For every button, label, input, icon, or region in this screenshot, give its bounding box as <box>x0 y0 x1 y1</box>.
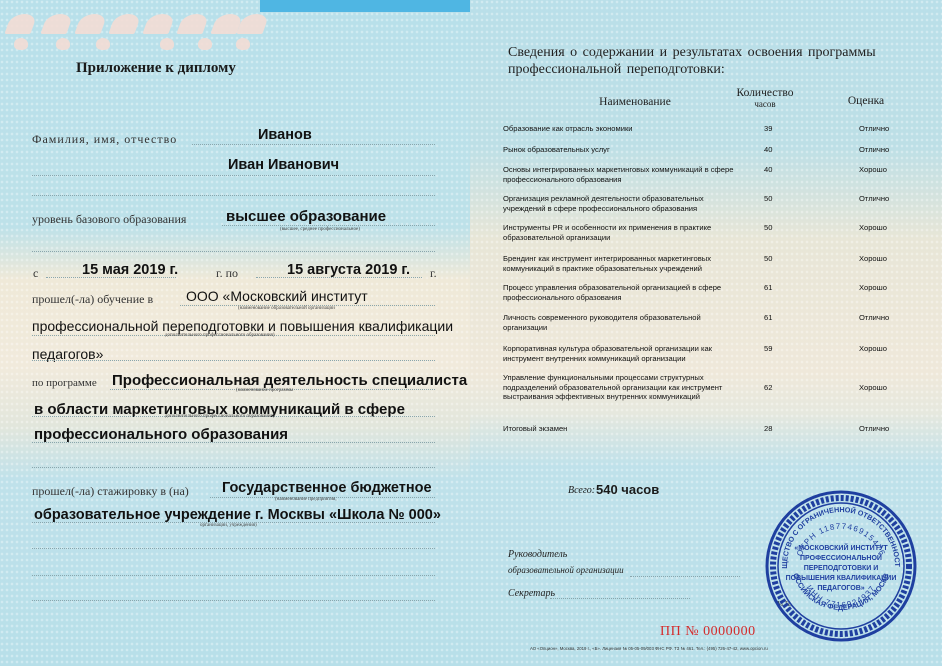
column-header-name: Наименование <box>570 96 700 108</box>
first-middle-name-value: Иван Иванович <box>228 157 339 173</box>
program-hint-2: дополнительного профессионального образо… <box>165 414 275 419</box>
education-level-value: высшее образование <box>226 208 386 225</box>
internship-hint-2: организации, учреждения) <box>200 523 257 528</box>
internship-line-2: образовательное учреждение г. Москвы «Шк… <box>34 507 441 523</box>
subject-name: Корпоративная культура образовательной о… <box>503 344 743 363</box>
subject-name: Брендинг как инструмент интегрированных … <box>503 254 743 273</box>
svg-text:ОГРН 1187746915476: ОГРН 1187746915476 <box>795 522 887 558</box>
subject-name: Организация рекламной деятельности образ… <box>503 194 743 213</box>
serial-number: ПП № 0000000 <box>660 624 756 640</box>
internship-line-1: Государственное бюджетное <box>222 480 432 496</box>
subject-name: Итоговый экзамен <box>503 424 743 434</box>
institution-line-2: профессиональной переподготовки и повыше… <box>32 318 453 334</box>
seal-center-line: ПОВЫШЕНИЯ КВАЛИФИКАЦИИ <box>786 575 897 582</box>
subject-grade: Хорошо <box>859 283 919 293</box>
subject-hours: 50 <box>764 194 784 204</box>
program-hint-1: (наименование программы <box>236 388 293 393</box>
period-from-label: с <box>33 266 38 281</box>
seal-center-line: ПРОФЕССИОНАЛЬНОЙ <box>800 553 882 562</box>
subject-hours: 40 <box>764 145 784 155</box>
subject-grade: Отлично <box>859 424 919 434</box>
subject-name: Образование как отрасль экономики <box>503 124 743 134</box>
column-header-grade: Оценка <box>836 95 896 107</box>
diploma-supplement-right-page: Сведения о содержании и результатах осво… <box>470 0 942 666</box>
total-hours-value: 540 часов <box>596 482 659 497</box>
internship-label: прошел(-ла) стажировку в (на) <box>32 484 189 499</box>
director-label-line2: образовательной организации <box>508 565 624 575</box>
subject-hours: 50 <box>764 223 784 233</box>
decorative-band <box>260 0 472 12</box>
period-to-label: г. по <box>216 266 238 281</box>
internship-hint-1: (наименование предприятия, <box>275 497 337 502</box>
institution-line-1: ООО «Московский институт <box>186 288 368 304</box>
period-to-value: 15 августа 2019 г. <box>287 262 410 278</box>
director-label-line1: Руководитель <box>508 549 567 560</box>
director-signature-line <box>630 576 740 577</box>
secretary-label: Секретарь <box>508 588 555 599</box>
subject-grade: Хорошо <box>859 223 919 233</box>
study-label: прошел(-ла) обучение в <box>32 292 153 307</box>
subject-grade: Хорошо <box>859 165 919 175</box>
printer-imprint: АО «Опцион», Москва, 2019 г., «Б». Лицен… <box>530 646 768 651</box>
fio-line-2 <box>32 175 435 176</box>
education-level-label: уровень базового образования <box>32 212 186 227</box>
decorative-ornament <box>0 0 262 56</box>
education-level-hint: (высшее, среднее профессиональное) <box>280 227 360 232</box>
column-header-hours-line1: Количество <box>730 88 800 99</box>
seal-ogrn: ОГРН 1187746915476 <box>795 522 887 558</box>
subject-hours: 62 <box>764 383 784 393</box>
subject-name: Рынок образовательных услуг <box>503 145 743 155</box>
diploma-supplement-left-page: Приложение к диплому Фамилия, имя, отчес… <box>0 0 470 666</box>
subject-hours: 61 <box>764 283 784 293</box>
education-level-line <box>222 225 435 226</box>
blank-line <box>32 575 435 576</box>
subject-name: Личность современного руководителя образ… <box>503 313 743 332</box>
program-line-3-rule <box>32 442 435 443</box>
subject-hours: 28 <box>764 424 784 434</box>
blank-line <box>32 600 435 601</box>
total-label: Всего: <box>568 485 595 496</box>
subject-hours: 40 <box>764 165 784 175</box>
subject-hours: 59 <box>764 344 784 354</box>
results-heading: Сведения о содержании и результатах осво… <box>508 44 928 78</box>
program-line-3: профессионального образования <box>34 426 288 443</box>
period-end-suffix: г. <box>430 266 437 281</box>
subject-name: Основы интегрированных маркетинговых ком… <box>503 165 743 184</box>
subject-grade: Отлично <box>859 313 919 323</box>
subject-grade: Отлично <box>859 194 919 204</box>
institution-hint-1: (наименование образовательной организаци… <box>238 306 335 311</box>
seal-center-line: «МОСКОВСКИЙ ИНСТИТУТ <box>794 543 888 552</box>
last-name-value: Иванов <box>258 127 312 143</box>
subject-name: Управление функциональными процессами ст… <box>503 373 743 402</box>
program-label: по программе <box>32 377 97 389</box>
institution-line-3-rule <box>32 360 435 361</box>
seal-center-line: ПЕРЕПОДГОТОВКИ И <box>804 565 879 572</box>
secretary-signature-line <box>550 598 690 599</box>
subject-hours: 61 <box>764 313 784 323</box>
fio-line-3 <box>32 195 435 196</box>
subject-grade: Отлично <box>859 124 919 134</box>
page-title: Приложение к диплому <box>76 60 236 77</box>
institution-hint-2: дополнительного профессионального образо… <box>165 333 275 338</box>
fio-label: Фамилия, имя, отчество <box>32 132 177 147</box>
subject-hours: 50 <box>764 254 784 264</box>
subject-grade: Отлично <box>859 145 919 155</box>
program-line-1: Профессиональная деятельность специалист… <box>112 372 467 389</box>
blank-line <box>32 251 435 252</box>
seal-center-line: ПЕДАГОГОВ» <box>817 585 864 592</box>
subject-grade: Хорошо <box>859 344 919 354</box>
period-from-value: 15 мая 2019 г. <box>82 262 178 278</box>
fio-line-1 <box>192 144 435 145</box>
subject-grade: Хорошо <box>859 383 919 393</box>
column-header-hours-line2: часов <box>730 99 800 110</box>
subject-grade: Хорошо <box>859 254 919 264</box>
subject-hours: 39 <box>764 124 784 134</box>
blank-line <box>32 467 435 468</box>
subject-name: Инструменты PR и особенности их применен… <box>503 223 743 242</box>
column-header-hours: Количество часов <box>730 88 800 110</box>
organization-seal: ОБЩЕСТВО С ОГРАНИЧЕННОЙ ОТВЕТСТВЕННОСТЬЮ… <box>763 488 919 644</box>
blank-line <box>32 548 435 549</box>
subject-name: Процесс управления образовательной орган… <box>503 283 743 302</box>
